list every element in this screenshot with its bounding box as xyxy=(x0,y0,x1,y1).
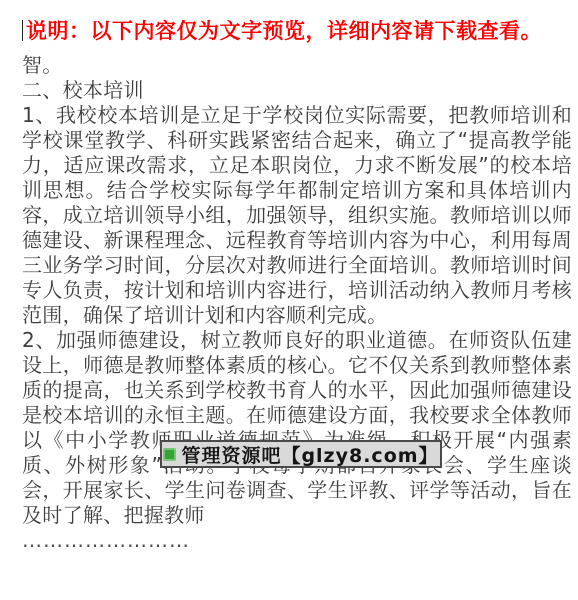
preview-notice-text: 说明：以下内容仅为文字预览，详细内容请下载查看。 xyxy=(26,19,542,43)
document-preview-page: 说明：以下内容仅为文字预览，详细内容请下载查看。 智。 二、校本培训 1、我校校… xyxy=(0,0,578,600)
truncation-dots: …………………… xyxy=(22,528,572,553)
green-site-icon xyxy=(163,448,176,461)
preview-notice: 说明：以下内容仅为文字预览，详细内容请下载查看。 xyxy=(22,16,570,46)
paragraph-fragment: 智。 xyxy=(22,53,572,78)
watermark-banner: 管理资源吧【glzy8.com】 xyxy=(160,440,442,468)
section-heading: 二、校本培训 xyxy=(22,78,572,103)
paragraph-2: 2、加强师德建设，树立教师良好的职业道德。在师资队伍建设上，师德是教师整体素质的… xyxy=(22,328,572,528)
document-body: 智。 二、校本培训 1、我校校本培训是立足于学校岗位实际需要，把教师培训和学校课… xyxy=(22,53,572,553)
text-cursor xyxy=(22,20,23,41)
watermark-text: 管理资源吧【glzy8.com】 xyxy=(181,441,438,468)
paragraph-1: 1、我校校本培训是立足于学校岗位实际需要，把教师培训和学校课堂教学、科研实践紧密… xyxy=(22,103,572,328)
